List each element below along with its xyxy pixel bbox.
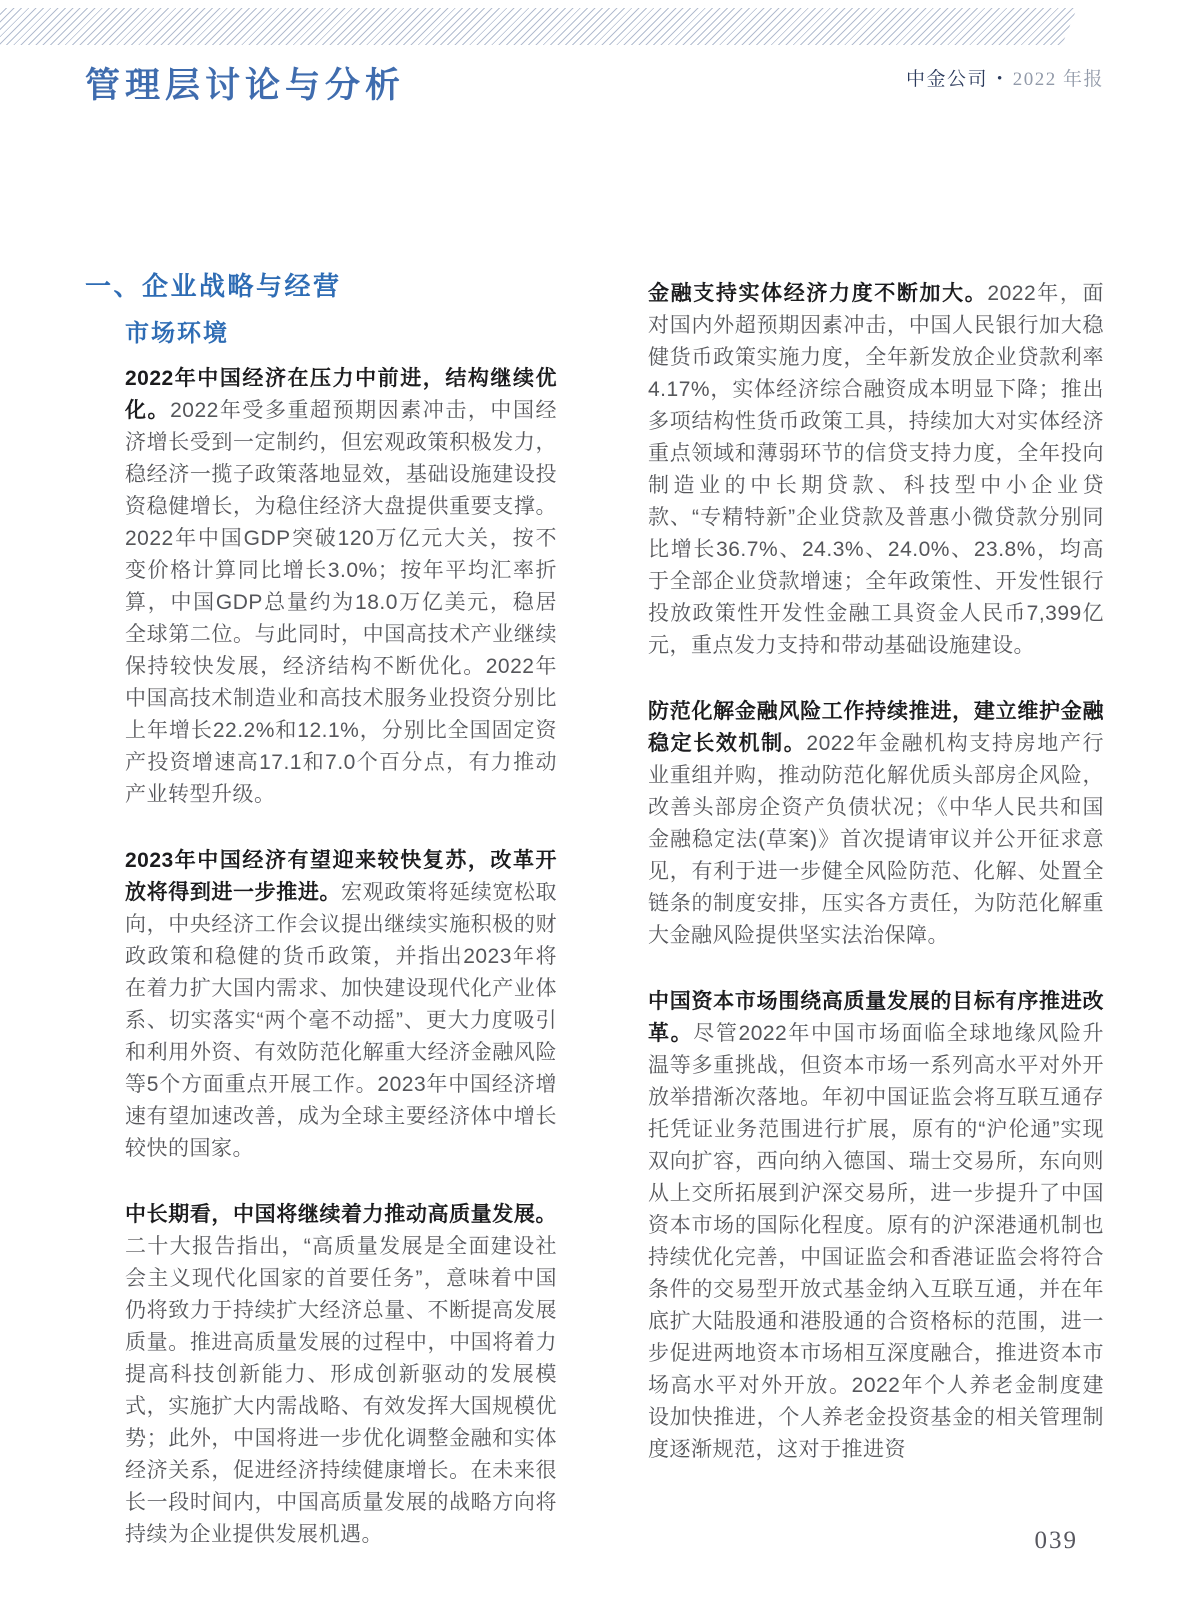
paragraph: 防范化解金融风险工作持续推进，建立维护金融稳定长效机制。2022年金融机构支持房… bbox=[648, 696, 1104, 952]
report-page: 管理层讨论与分析 中金公司•2022 年报 一、企业战略与经营 市场环境 202… bbox=[0, 0, 1190, 1615]
left-column: 一、企业战略与经营 市场环境 2022年中国经济在压力中前进，结构继续优化。20… bbox=[85, 268, 557, 1551]
paragraph-body: 宏观政策将延续宽松取向，中央经济工作会议提出继续实施积极的财政政策和稳健的货币政… bbox=[125, 881, 557, 1160]
page-title: 管理层讨论与分析 bbox=[85, 58, 405, 108]
subsection-heading: 市场环境 bbox=[125, 318, 557, 350]
company-name: 中金公司 bbox=[906, 69, 988, 90]
paragraph-lead: 中长期看，中国将继续着力推动高质量发展。 bbox=[125, 1203, 557, 1226]
hatch-banner-decoration bbox=[0, 8, 1077, 45]
paragraph-body: 2022年受多重超预期因素冲击，中国经济增长受到一定制约，但宏观政策积极发力，稳… bbox=[125, 399, 557, 806]
bullet-separator-icon: • bbox=[997, 71, 1004, 87]
paragraph: 中长期看，中国将继续着力推动高质量发展。二十大报告指出，“高质量发展是全面建设社… bbox=[125, 1199, 557, 1551]
paragraph-body: 二十大报告指出，“高质量发展是全面建设社会主义现代化国家的首要任务”，意味着中国… bbox=[125, 1235, 557, 1546]
report-year-label: 2022 年报 bbox=[1013, 69, 1104, 90]
report-header: 中金公司•2022 年报 bbox=[906, 64, 1104, 91]
page-number: 039 bbox=[1035, 1527, 1079, 1555]
section-heading: 一、企业战略与经营 bbox=[85, 268, 557, 304]
main-content: 一、企业战略与经营 市场环境 2022年中国经济在压力中前进，结构继续优化。20… bbox=[85, 268, 1104, 1551]
paragraph-body: 2022年，面对国内外超预期因素冲击，中国人民银行加大稳健货币政策实施力度，全年… bbox=[648, 282, 1104, 657]
paragraph-body: 尽管2022年中国市场面临全球地缘风险升温等多重挑战，但资本市场一系列高水平对外… bbox=[648, 1022, 1104, 1461]
paragraph: 金融支持实体经济力度不断加大。2022年，面对国内外超预期因素冲击，中国人民银行… bbox=[648, 278, 1104, 662]
paragraph: 2022年中国经济在压力中前进，结构继续优化。2022年受多重超预期因素冲击，中… bbox=[125, 363, 557, 811]
paragraph-lead: 金融支持实体经济力度不断加大。 bbox=[648, 282, 987, 305]
right-column: 金融支持实体经济力度不断加大。2022年，面对国内外超预期因素冲击，中国人民银行… bbox=[648, 268, 1104, 1551]
paragraph: 中国资本市场围绕高质量发展的目标有序推进改革。尽管2022年中国市场面临全球地缘… bbox=[648, 986, 1104, 1466]
paragraph-body: 2022年金融机构支持房地产行业重组并购，推动防范化解优质头部房企风险，改善头部… bbox=[648, 732, 1104, 947]
paragraph: 2023年中国经济有望迎来较快复苏，改革开放将得到进一步推进。宏观政策将延续宽松… bbox=[125, 845, 557, 1165]
